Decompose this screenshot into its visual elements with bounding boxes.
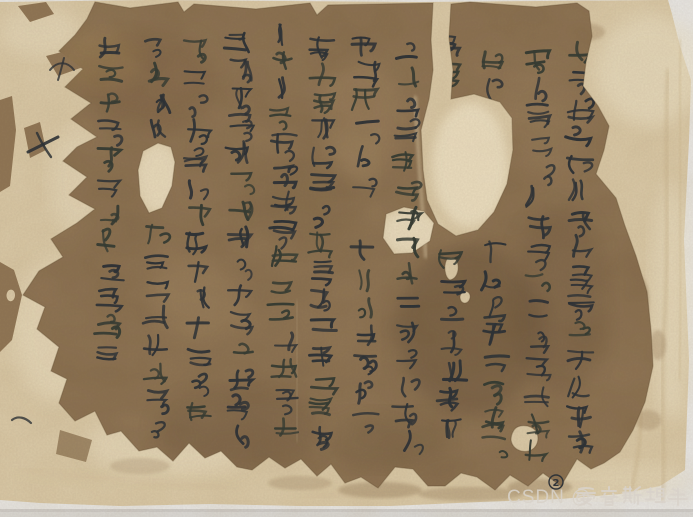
manuscript-photograph: 2 CSDN @	[0, 0, 693, 517]
watermark-latin-text: CSDN @	[507, 487, 591, 508]
photo-grain-texture	[0, 0, 693, 517]
